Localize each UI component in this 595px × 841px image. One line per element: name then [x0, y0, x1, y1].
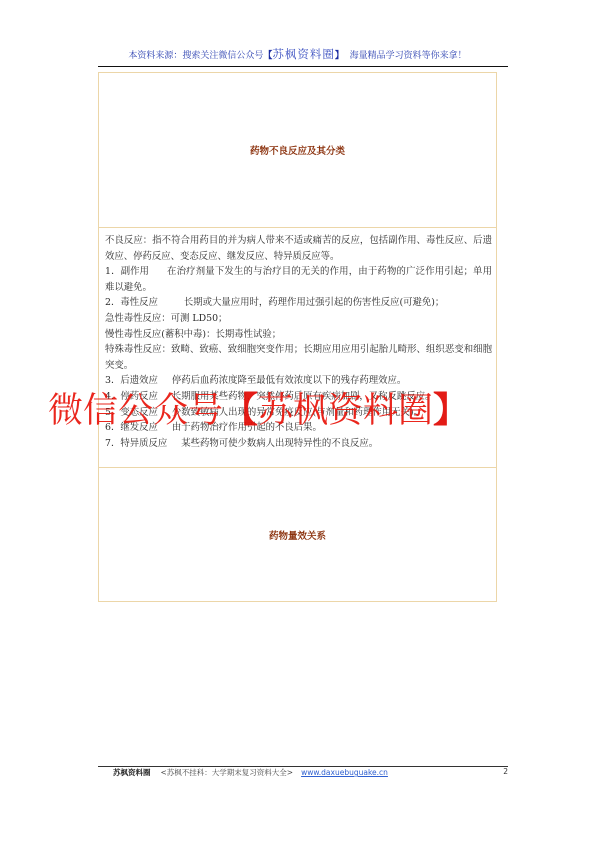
item-desc: 由于药物治疗作用引起的不良后果。 — [172, 422, 322, 433]
list-item: 3．后遗效应停药后血药浓度降至最低有效浓度以下的残存药理效应。 — [105, 373, 492, 389]
header-brand: 苏枫资料圈 — [272, 47, 335, 61]
section-content-cell: 不良反应：指不符合用药目的并为病人带来不适或痛苦的反应，包括副作用、毒性反应、后… — [99, 228, 496, 468]
list-item: 2．毒性反应长期或大量应用时，药理作用过强引起的伤害性反应(可避免)； — [105, 295, 492, 311]
sub-item: 急性毒性反应：可测 LD50； — [105, 311, 492, 327]
sub-item: 特殊毒性反应：致畸、致癌、致细胞突变作用；长期应用应用引起胎儿畸形、组织恶变和细… — [105, 342, 492, 373]
item-desc: 长期或大量应用时，药理作用过强引起的伤害性反应(可避免)； — [184, 297, 444, 308]
item-desc: 某些药物可使少数病人出现特异性的不良反应。 — [181, 438, 378, 449]
section-title-cell: 药物量效关系 — [99, 468, 496, 601]
item-desc: 长期服用某些药物，突然停药后原有疾病加剧，又称反跳反应。 — [172, 391, 435, 402]
content-table: 药物不良反应及其分类 不良反应：指不符合用药目的并为病人带来不适或痛苦的反应，包… — [98, 72, 497, 602]
list-item: 5．变态反应少数致敏病人出现的异常免疫反应(与剂量和药理作用无关)。 — [105, 405, 492, 421]
item-term: 变态反应 — [120, 405, 158, 421]
item-term: 特异质反应 — [120, 436, 167, 452]
list-item: 4．停药反应长期服用某些药物，突然停药后原有疾病加剧，又称反跳反应。 — [105, 389, 492, 405]
section-title-adverse-reactions: 药物不良反应及其分类 — [250, 143, 345, 157]
header-bracket-close: 】 — [335, 51, 344, 61]
section-title-cell: 药物不良反应及其分类 — [99, 73, 496, 228]
item-desc: 在治疗剂量下发生的与治疗目的无关的作用，由于药物的广泛作用引起；单用难以避免。 — [105, 266, 492, 293]
footer-website-link[interactable]: www.daxuebuguake.cn — [301, 768, 388, 777]
list-item: 7．特异质反应某些药物可使少数病人出现特异性的不良反应。 — [105, 436, 492, 452]
footer-brand: 苏枫资料圈 — [113, 768, 151, 777]
list-item: 1．副作用在治疗剂量下发生的与治疗目的无关的作用，由于药物的广泛作用引起；单用难… — [105, 264, 492, 295]
item-term: 后遗效应 — [120, 373, 158, 389]
item-desc: 少数致敏病人出现的异常免疫反应(与剂量和药理作用无关)。 — [172, 407, 423, 418]
item-term: 停药反应 — [120, 389, 158, 405]
footer-description: <苏枫不挂科：大学期末复习资料大全> — [161, 768, 294, 777]
list-item: 6．继发反应由于药物治疗作用引起的不良后果。 — [105, 420, 492, 436]
item-term: 毒性反应 — [120, 295, 158, 311]
page-header-source-note: 本资料来源：搜索关注微信公众号【苏枫资料圈】 海量精品学习资料等你来拿！ — [0, 46, 595, 62]
intro-paragraph: 不良反应：指不符合用药目的并为病人带来不适或痛苦的反应，包括副作用、毒性反应、后… — [105, 233, 492, 264]
item-term: 继发反应 — [120, 420, 158, 436]
item-desc: 停药后血药浓度降至最低有效浓度以下的残存药理效应。 — [172, 375, 406, 386]
section-title-dose-effect: 药物量效关系 — [269, 528, 326, 542]
header-divider — [98, 66, 508, 67]
header-suffix: 海量精品学习资料等你来拿！ — [350, 51, 467, 61]
header-prefix: 本资料来源：搜索关注微信公众号 — [128, 51, 263, 61]
sub-item: 慢性毒性反应(蓄积中毒)：长期毒性试验； — [105, 327, 492, 343]
page-number: 2 — [503, 767, 508, 776]
page-footer: 苏枫资料圈<苏枫不挂科：大学期末复习资料大全>www.daxuebuguake.… — [113, 767, 508, 778]
item-term: 副作用 — [121, 264, 149, 280]
